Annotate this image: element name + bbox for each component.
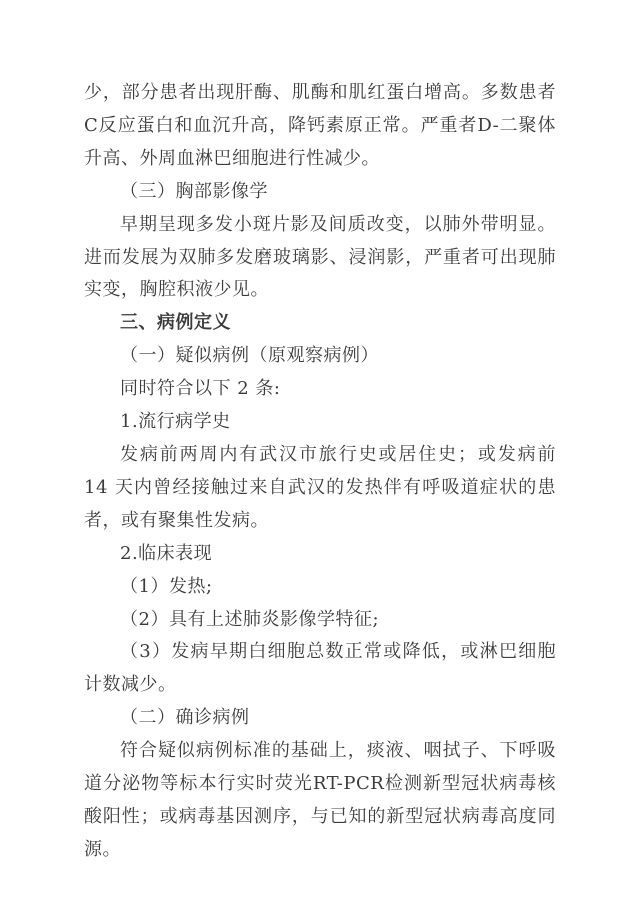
- subsection-heading-suspected-case: （一）疑似病例（原观察病例）: [84, 340, 556, 373]
- paragraph-criteria-intro: 同时符合以下 2 条:: [84, 373, 556, 406]
- subsection-heading-confirmed-case: （二）确诊病例: [84, 702, 556, 735]
- document-page: 少，部分患者出现肝酶、肌酶和肌红蛋白增高。多数患者C反应蛋白和血沉升高，降钙素原…: [0, 0, 640, 905]
- paragraph-confirmed-case-detail: 符合疑似病例标准的基础上，痰液、咽拭子、下呼吸道分泌物等标本行实时荧光RT-PC…: [84, 735, 556, 867]
- list-item-imaging-features: （2）具有上述肺炎影像学特征;: [84, 604, 556, 637]
- paragraph-lab-findings-continued: 少，部分患者出现肝酶、肌酶和肌红蛋白增高。多数患者C反应蛋白和血沉升高，降钙素原…: [84, 77, 556, 176]
- paragraph-epidemiological-history-detail: 发病前两周内有武汉市旅行史或居住史；或发病前 14 天内曾经接触过来自武汉的发热…: [84, 439, 556, 538]
- section-heading-case-definition: 三、病例定义: [84, 307, 556, 340]
- subsection-heading-chest-imaging: （三）胸部影像学: [84, 176, 556, 209]
- list-item-fever: （1）发热;: [84, 571, 556, 604]
- numbered-item-epidemiological-history: 1.流行病学史: [84, 406, 556, 439]
- list-item-white-blood-cells: （3）发病早期白细胞总数正常或降低，或淋巴细胞计数减少。: [84, 636, 556, 702]
- numbered-item-clinical-manifestations: 2.临床表现: [84, 538, 556, 571]
- paragraph-imaging-description: 早期呈现多发小斑片影及间质改变，以肺外带明显。进而发展为双肺多发磨玻璃影、浸润影…: [84, 209, 556, 308]
